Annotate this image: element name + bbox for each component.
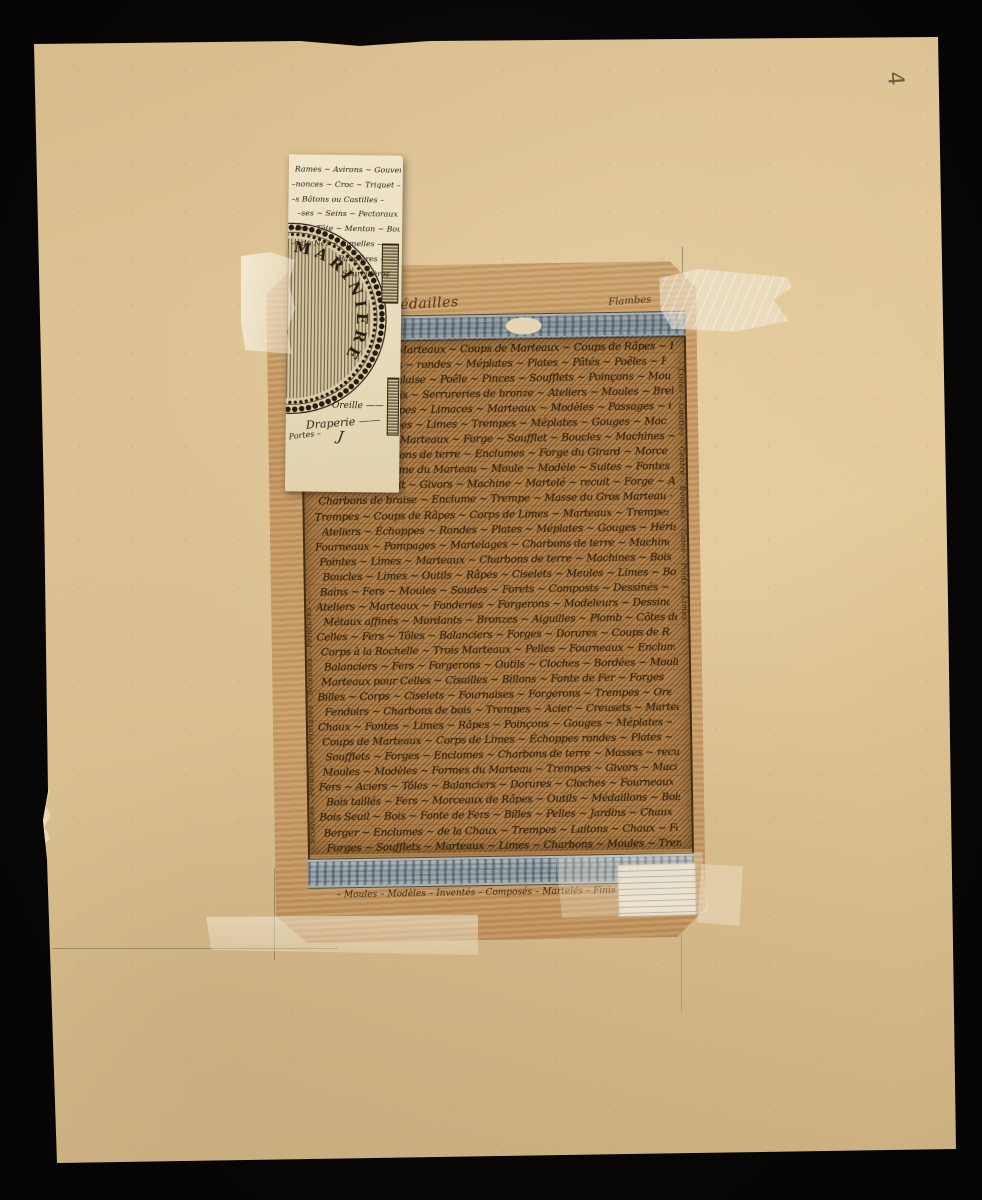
- annotation-line: Sourcilières: [291, 266, 400, 282]
- annotation-line: –nonces ~ Croc ~ Triquet –: [292, 177, 401, 193]
- annotation-line: –s du Nez ~ Jumelles ——: [291, 236, 400, 252]
- pencil-guide-line: [681, 930, 682, 1012]
- annotation-line: –on ~ Tête ~ Menton ~ Bouche: [291, 222, 400, 238]
- label-portes: Portes –: [288, 429, 321, 441]
- mat-board: 4 Médailles Flambes Petits corps de Mart…: [0, 0, 982, 1200]
- label-brace: J: [336, 429, 344, 446]
- paper-loss-spot: [506, 317, 542, 335]
- annotation-line: –s Bâtons ou Castilles –: [291, 192, 400, 208]
- engraving-fragment: Rames ~ Avirons ~ Gouver––nonces ~ Croc …: [285, 154, 403, 492]
- tape-bottom-left: [206, 913, 478, 955]
- mat-edge-tear: [40, 790, 51, 846]
- annotation-line: Paupières ——: [291, 251, 400, 267]
- manuscript-header-right: Flambes: [608, 294, 652, 308]
- tape-top-left: [241, 252, 295, 354]
- engraving-border-bar: [387, 378, 400, 436]
- annotation-line: –ses ~ Seins ~ Pectoraux –: [291, 207, 400, 223]
- tape-top-right: [659, 266, 793, 335]
- annotation-line: Rames ~ Avirons ~ Gouver–: [292, 162, 401, 178]
- label-oreille: Oreille ——: [332, 401, 384, 412]
- tape-bottom-right: [556, 852, 708, 918]
- photo-black-background: 4 Médailles Flambes Petits corps de Mart…: [0, 0, 982, 1200]
- pencil-number-mark: 4: [882, 71, 908, 87]
- engraving-annotations: Rames ~ Avirons ~ Gouver––nonces ~ Croc …: [291, 162, 401, 282]
